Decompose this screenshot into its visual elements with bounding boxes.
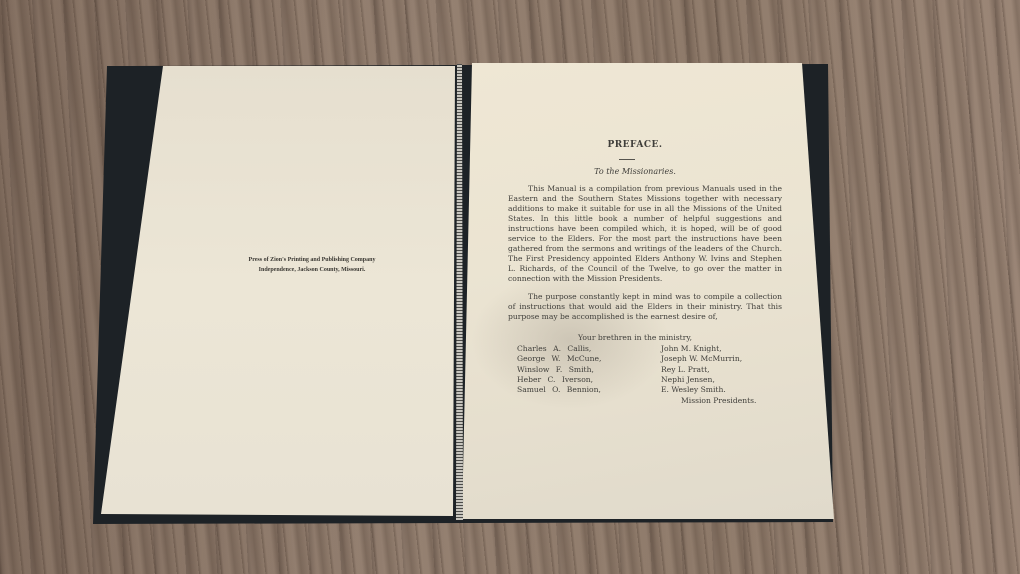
signatory: Rey L. Pratt, [661, 365, 742, 375]
imprint-line-1: Press of Zion's Printing and Publishing … [212, 255, 412, 265]
signatory: E. Wesley Smith. [661, 385, 742, 395]
preface-paragraph-2: The purpose constantly kept in mind was … [508, 292, 782, 322]
signatory: George W. McCune, [517, 354, 601, 364]
printer-imprint: Press of Zion's Printing and Publishing … [212, 255, 412, 275]
signatories-right-column: John M. Knight, Joseph W. McMurrin, Rey … [661, 344, 742, 395]
signatory: John M. Knight, [661, 344, 742, 354]
preface-subtitle: To the Missionaries. [560, 167, 710, 176]
signatory: Nephi Jensen, [661, 375, 742, 385]
paragraph-2-text: The purpose constantly kept in mind was … [508, 292, 782, 322]
preface-title: PREFACE. [590, 140, 680, 150]
signatory: Winslow F. Smith, [517, 365, 601, 375]
imprint-line-2: Independence, Jackson County, Missouri. [212, 265, 412, 275]
closing-line: Your brethren in the ministry, [578, 333, 692, 342]
signatory: Joseph W. McMurrin, [661, 354, 742, 364]
preface-paragraph-1: This Manual is a compilation from previo… [508, 184, 782, 284]
signature-title: Mission Presidents. [681, 396, 756, 405]
signatories-left-column: Charles A. Callis, George W. McCune, Win… [517, 344, 601, 395]
left-page [101, 66, 455, 516]
signatory: Samuel O. Bennion, [517, 385, 601, 395]
title-rule [619, 159, 635, 160]
signatory: Charles A. Callis, [517, 344, 601, 354]
paragraph-1-text: This Manual is a compilation from previo… [508, 184, 782, 284]
signatory: Heber C. Iverson, [517, 375, 601, 385]
